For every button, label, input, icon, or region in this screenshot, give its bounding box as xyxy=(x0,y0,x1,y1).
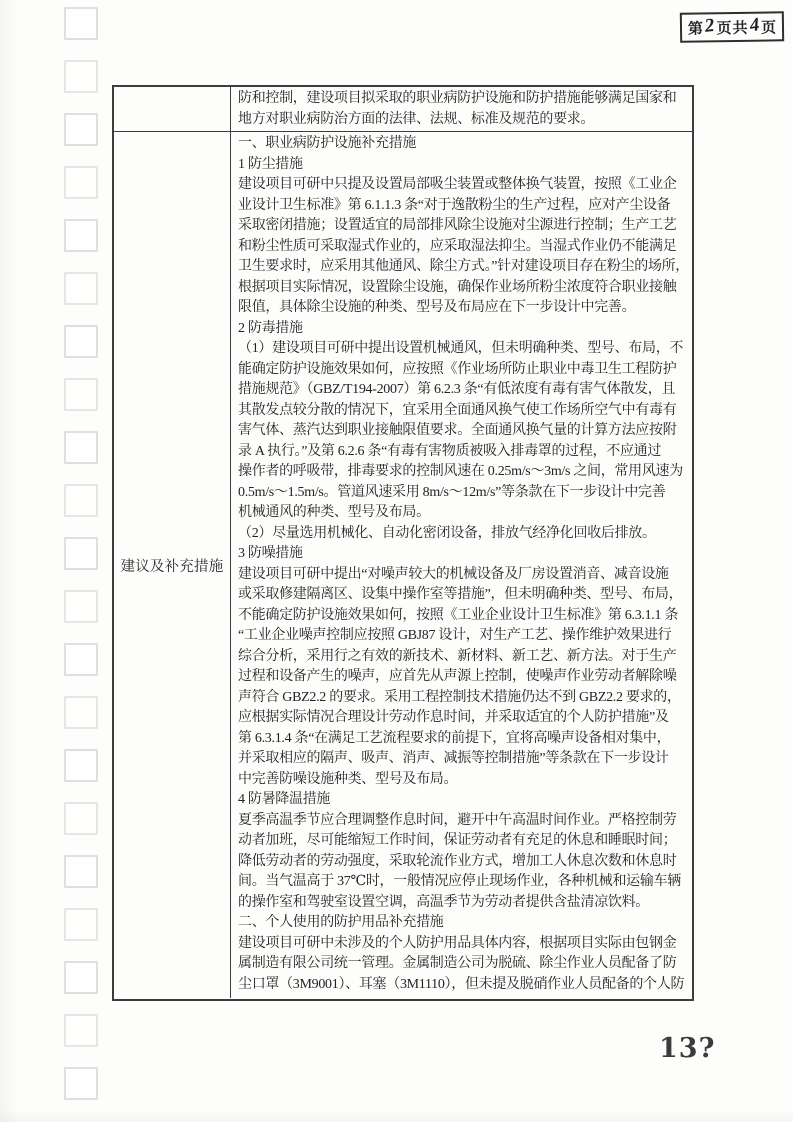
page-stamp: 第2页共4页 xyxy=(680,11,784,42)
text-line: 建设项目可研中提出“对噪声较大的机械设备及厂房设置消音、减音设施 xyxy=(238,565,689,586)
binding-hole xyxy=(64,961,98,994)
text-line: 0.5m/s～1.5m/s。管道风速采用 8m/s～12m/s”等条款在下一步设… xyxy=(238,483,689,504)
text-line: 采取密闭措施；设置适宜的局部排风除尘设施对尘源进行控制；生产工艺 xyxy=(238,216,689,237)
text-line: 地方对职业病防治方面的法律、法规、标准及规范的要求。 xyxy=(238,110,689,131)
binding-hole xyxy=(64,60,98,93)
binding-hole xyxy=(64,113,98,146)
text-line: 措施规范》（GBZ/T194-2007）第 6.2.3 条“有低浓度有毒有害气体… xyxy=(238,380,689,401)
binding-hole xyxy=(64,484,98,517)
text-line: 4 防暑降温措施 xyxy=(238,790,689,811)
text-line: 机械通风的种类、型号及布局。 xyxy=(238,503,689,524)
table-row-continuation: 防和控制，建设项目拟采取的职业病防护设施和防护措施能够满足国家和地方对职业病防治… xyxy=(114,87,692,132)
row1-label-cell xyxy=(114,87,231,131)
text-line: 动者加班，尽可能缩短工作时间，保证劳动者有充足的休息和睡眠时间； xyxy=(238,831,689,852)
text-line: 其散发点较分散的情况下，宜采用全面通风换气使工作场所空气中有毒有 xyxy=(238,401,689,422)
stamp-page-number: 2 xyxy=(703,15,717,38)
text-line: 声符合 GBZ2.2 的要求。采用工程控制技术措施仍达不到 GBZ2.2 要求的… xyxy=(238,688,689,709)
text-line: 应根据实际情况合理设计劳动作息时间，并采取适宜的个人防护措施”及 xyxy=(238,708,689,729)
binding-hole xyxy=(64,272,98,305)
text-line: （1）建设项目可研中提出设置机械通风，但未明确种类、型号、布局，不 xyxy=(238,339,689,360)
row2-label-cell: 建议及补充措施 xyxy=(114,132,231,998)
text-line: 属制造有限公司统一管理。金属制造公司为脱硫、除尘作业人员配备了防 xyxy=(238,954,689,975)
text-line: 建设项目可研中只提及设置局部吸尘装置或整体换气装置，按照《工业企 xyxy=(238,175,689,196)
measures-table: 防和控制，建设项目拟采取的职业病防护设施和防护措施能够满足国家和地方对职业病防治… xyxy=(112,85,694,1001)
binding-hole xyxy=(64,325,98,358)
binding-hole xyxy=(64,749,98,782)
page-number: 13? xyxy=(659,1033,715,1064)
row2-label: 建议及补充措施 xyxy=(121,555,224,576)
text-line: 第 6.3.1.4 条“在满足工艺流程要求的前提下，宜将高噪声设备相对集中， xyxy=(238,729,689,750)
text-line: 和粉尘性质可采取湿式作业的，应采取湿法抑尘。当湿式作业仍不能满足 xyxy=(238,237,689,258)
text-line: 间。当气温高于 37℃时，一般情况应停止现场作业，各种机械和运输车辆 xyxy=(238,872,689,893)
text-line: 或采取修建隔离区、设集中操作室等措施”，但未明确种类、型号、布局， xyxy=(238,585,689,606)
text-line: （2）尽量选用机械化、自动化密闭设备，排放气经净化回收后排放。 xyxy=(238,524,689,545)
text-line: 害气体、蒸汽达到职业接触限值要求。全面通风换气量的计算方法应按附 xyxy=(238,421,689,442)
binding-hole xyxy=(64,378,98,411)
text-line: 的操作室和驾驶室设置空调，高温季节为劳动者提供含盐清凉饮料。 xyxy=(238,893,689,914)
text-line: 降低劳动者的劳动强度，采取轮流作业方式，增加工人休息次数和休息时 xyxy=(238,852,689,873)
row2-text-cell: 一、职业病防护设施补充措施1 防尘措施建设项目可研中只提及设置局部吸尘装置或整体… xyxy=(231,132,692,998)
text-line: 限值，具体除尘设施的种类、型号及布局应在下一步设计中完善。 xyxy=(238,298,689,319)
text-line: 不能确定防护设施效果如何，按照《工业企业设计卫生标准》第 6.3.1.1 条 xyxy=(238,606,689,627)
binding-hole xyxy=(64,908,98,941)
binding-hole xyxy=(64,643,98,676)
text-line: 中完善防噪设施种类、型号及布局。 xyxy=(238,770,689,791)
text-line: 防和控制，建设项目拟采取的职业病防护设施和防护措施能够满足国家和 xyxy=(238,89,689,110)
text-line: 一、职业病防护设施补充措施 xyxy=(238,134,689,155)
binding-hole xyxy=(64,696,98,729)
text-line: 业设计卫生标准》第 6.1.1.3 条“对于逸散粉尘的生产过程，应对产尘设备 xyxy=(238,196,689,217)
binding-hole xyxy=(64,1067,98,1100)
binding-hole xyxy=(64,802,98,835)
text-line: 综合分析，采用行之有效的新技术、新材料、新工艺、新方法。对于生产 xyxy=(238,647,689,668)
binding-hole xyxy=(64,1014,98,1047)
text-line: 并采取相应的隔声、吸声、消声、减振等控制措施”等条款在下一步设计 xyxy=(238,749,689,770)
binding-hole xyxy=(64,7,98,40)
binding-hole xyxy=(64,537,98,570)
row1-text-cell: 防和控制，建设项目拟采取的职业病防护设施和防护措施能够满足国家和地方对职业病防治… xyxy=(231,87,692,131)
text-line: 2 防毒措施 xyxy=(238,319,689,340)
binding-hole xyxy=(64,219,98,252)
text-line: 尘口罩（3M9001）、耳塞（3M1110），但未提及脱硝作业人员配备的个人防 xyxy=(238,975,689,996)
stamp-total-pages: 4 xyxy=(747,14,761,37)
text-line: 根据项目实际情况，设置除尘设施，确保作业场所粉尘浓度符合职业接触 xyxy=(238,278,689,299)
text-line: “工业企业噪声控制应按照 GBJ87 设计，对生产工艺、操作维护效果进行 xyxy=(238,626,689,647)
binding-hole xyxy=(64,431,98,464)
text-line: 卫生要求时，应采用其他通风、除尘方式。”针对建设项目存在粉尘的场所， xyxy=(238,257,689,278)
text-line: 录 A 执行。”及第 6.2.6 条“有毒有害物质被吸入排毒罩的过程，不应通过 xyxy=(238,442,689,463)
text-line: 操作者的呼吸带，排毒要求的控制风速在 0.25m/s～3m/s 之间，常用风速为 xyxy=(238,462,689,483)
binding-hole xyxy=(64,855,98,888)
table-row-suggestions: 建议及补充措施 一、职业病防护设施补充措施1 防尘措施建设项目可研中只提及设置局… xyxy=(114,132,692,998)
text-line: 过程和设备产生的噪声，应首先从声源上控制，使噪声作业劳动者解除噪 xyxy=(238,667,689,688)
text-line: 1 防尘措施 xyxy=(238,155,689,176)
text-line: 建设项目可研中未涉及的个人防护用品具体内容，根据项目实际由包钢金 xyxy=(238,934,689,955)
stamp-prefix: 第 xyxy=(688,17,703,38)
binding-hole xyxy=(64,590,98,623)
text-line: 二、个人使用的防护用品补充措施 xyxy=(238,913,689,934)
binding-hole xyxy=(64,166,98,199)
text-line: 3 防噪措施 xyxy=(238,544,689,565)
scanned-page: 第2页共4页 防和控制，建设项目拟采取的职业病防护设施和防护措施能够满足国家和地… xyxy=(0,0,793,1122)
stamp-unit2: 页 xyxy=(761,16,776,37)
text-line: 夏季高温季节应合理调整作息时间，避开中午高温时间作业。严格控制劳 xyxy=(238,811,689,832)
stamp-conjunction: 共 xyxy=(732,16,747,37)
text-line: 能确定防护设施效果如何，应按照《作业场所防止职业中毒卫生工程防护 xyxy=(238,360,689,381)
stamp-unit1: 页 xyxy=(716,17,731,38)
